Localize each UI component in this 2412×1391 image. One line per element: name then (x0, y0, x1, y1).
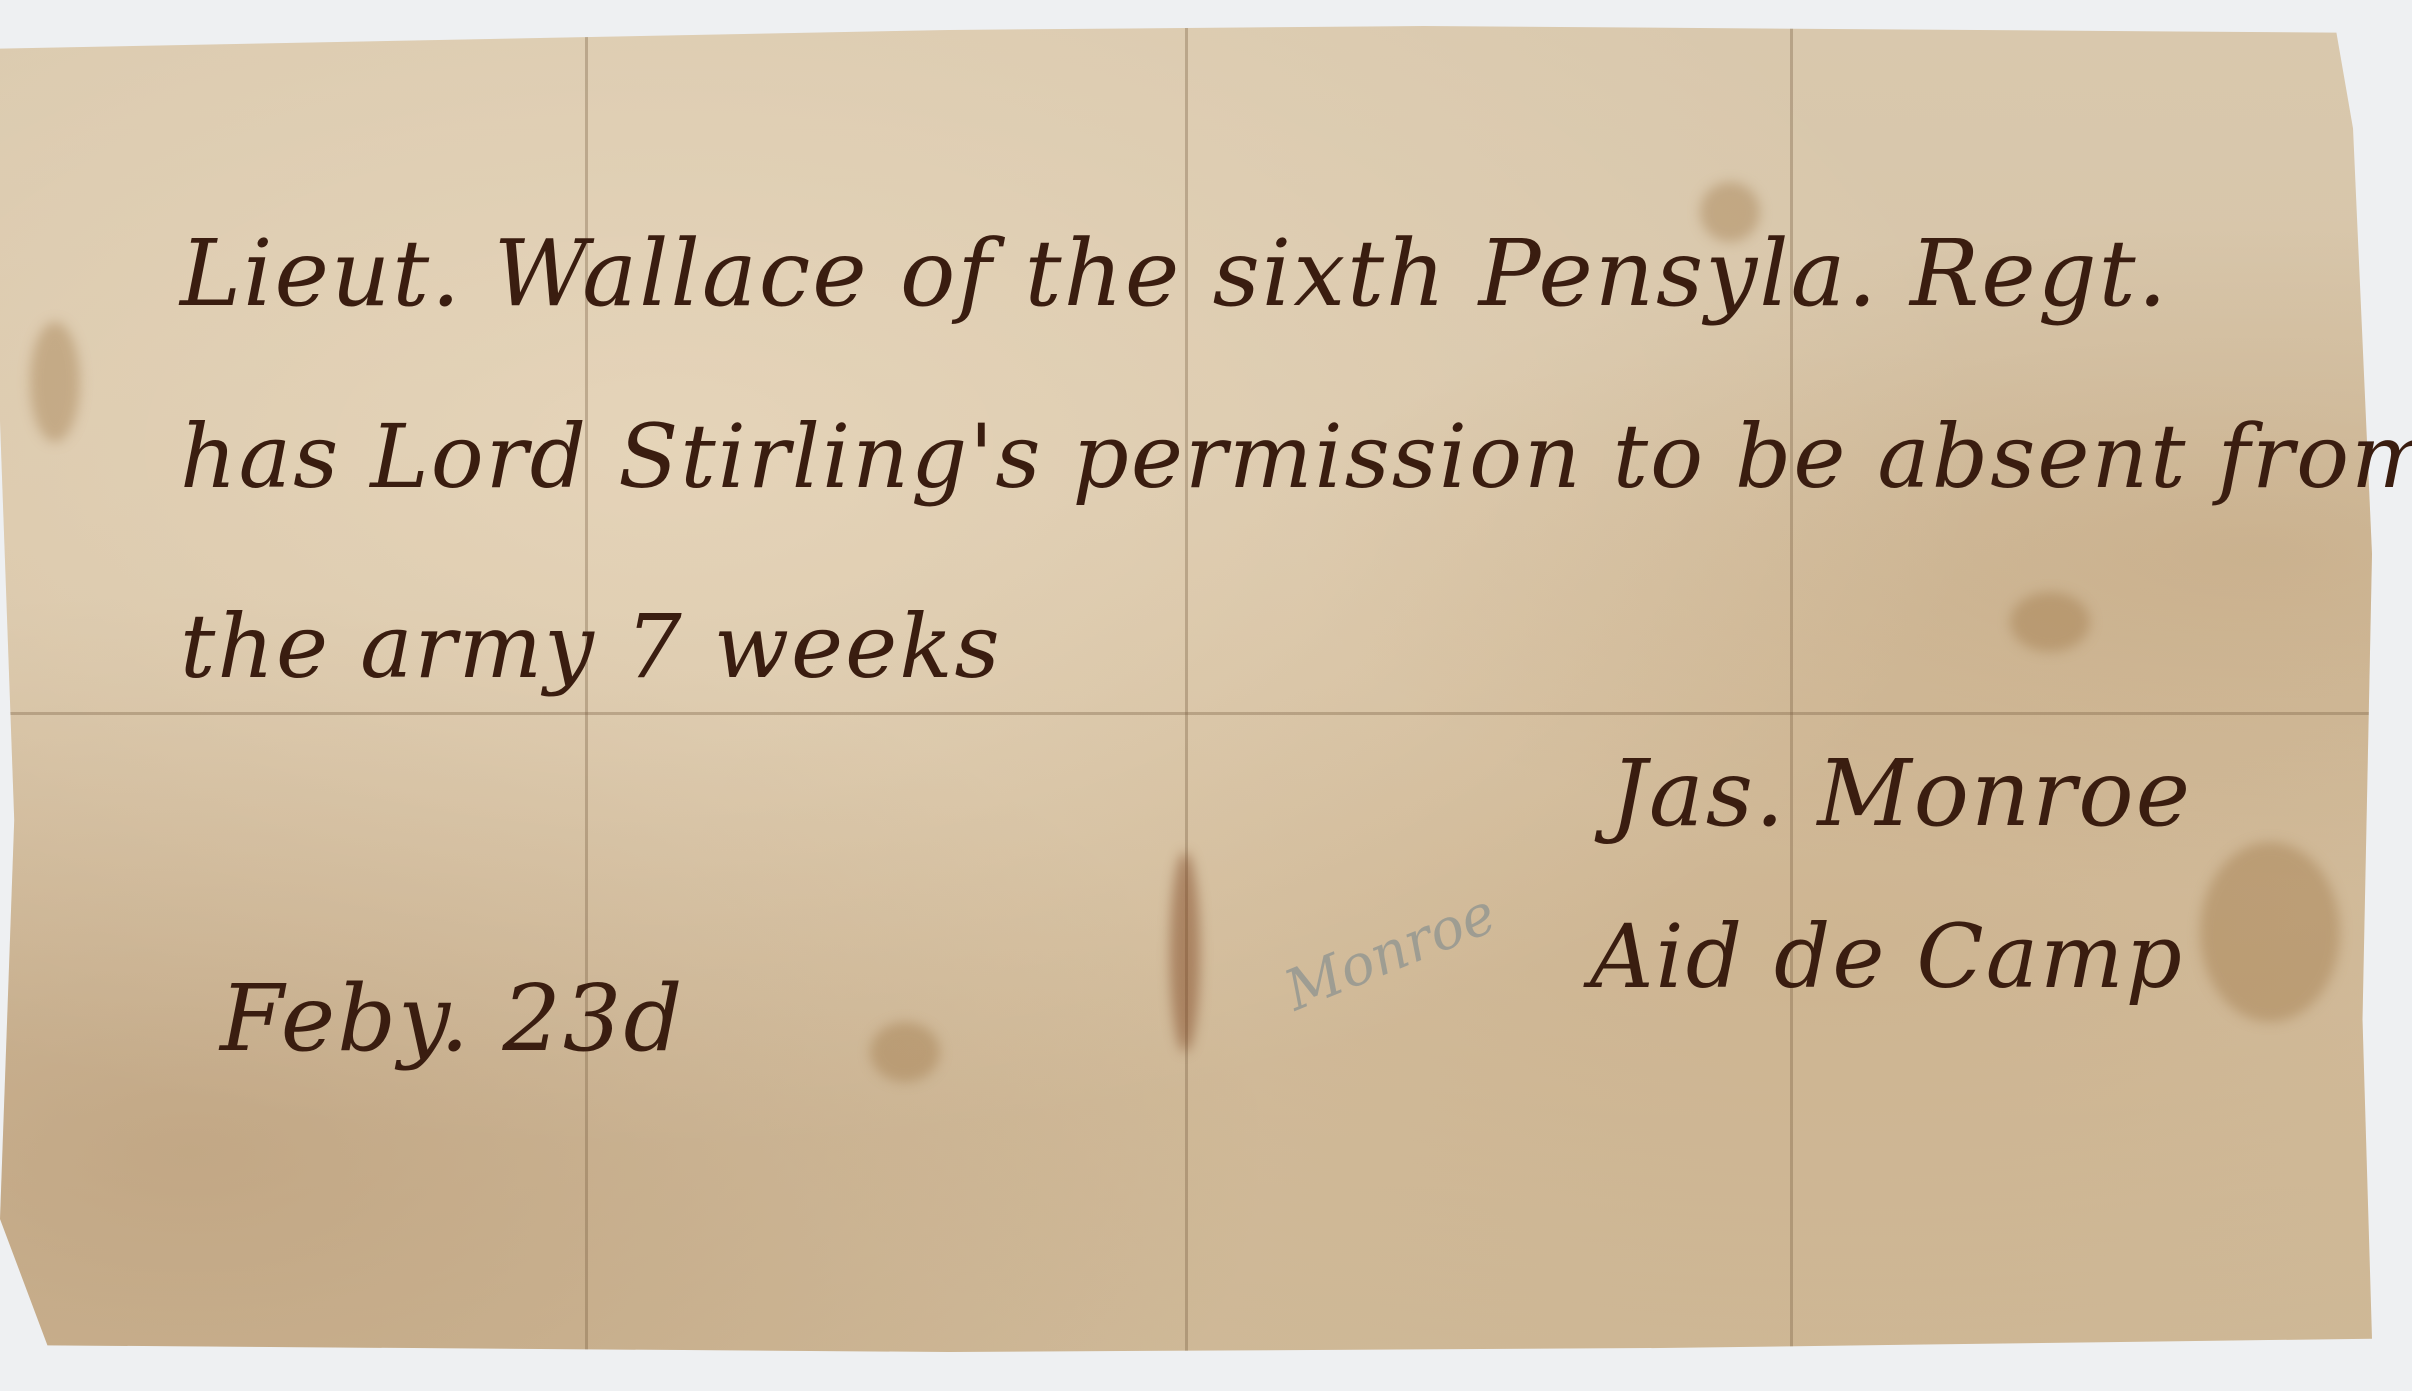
ink-drip-stain (1170, 852, 1200, 1052)
stain (2010, 592, 2090, 652)
date: Feby. 23d (220, 965, 684, 1072)
fold-line-horizontal (0, 712, 2372, 715)
signature-title: Aid de Camp (1590, 905, 2184, 1008)
body-line-1: Lieut. Wallace of the sixth Pensyla. Reg… (180, 220, 2169, 327)
body-line-3: the army 7 weeks (180, 595, 1002, 698)
body-line-2: has Lord Stirling's permission to be abs… (180, 405, 2412, 508)
stain (30, 322, 80, 442)
stain (870, 1022, 940, 1082)
signature-name: Jas. Monroe (1610, 740, 2192, 847)
stain (2200, 842, 2340, 1022)
